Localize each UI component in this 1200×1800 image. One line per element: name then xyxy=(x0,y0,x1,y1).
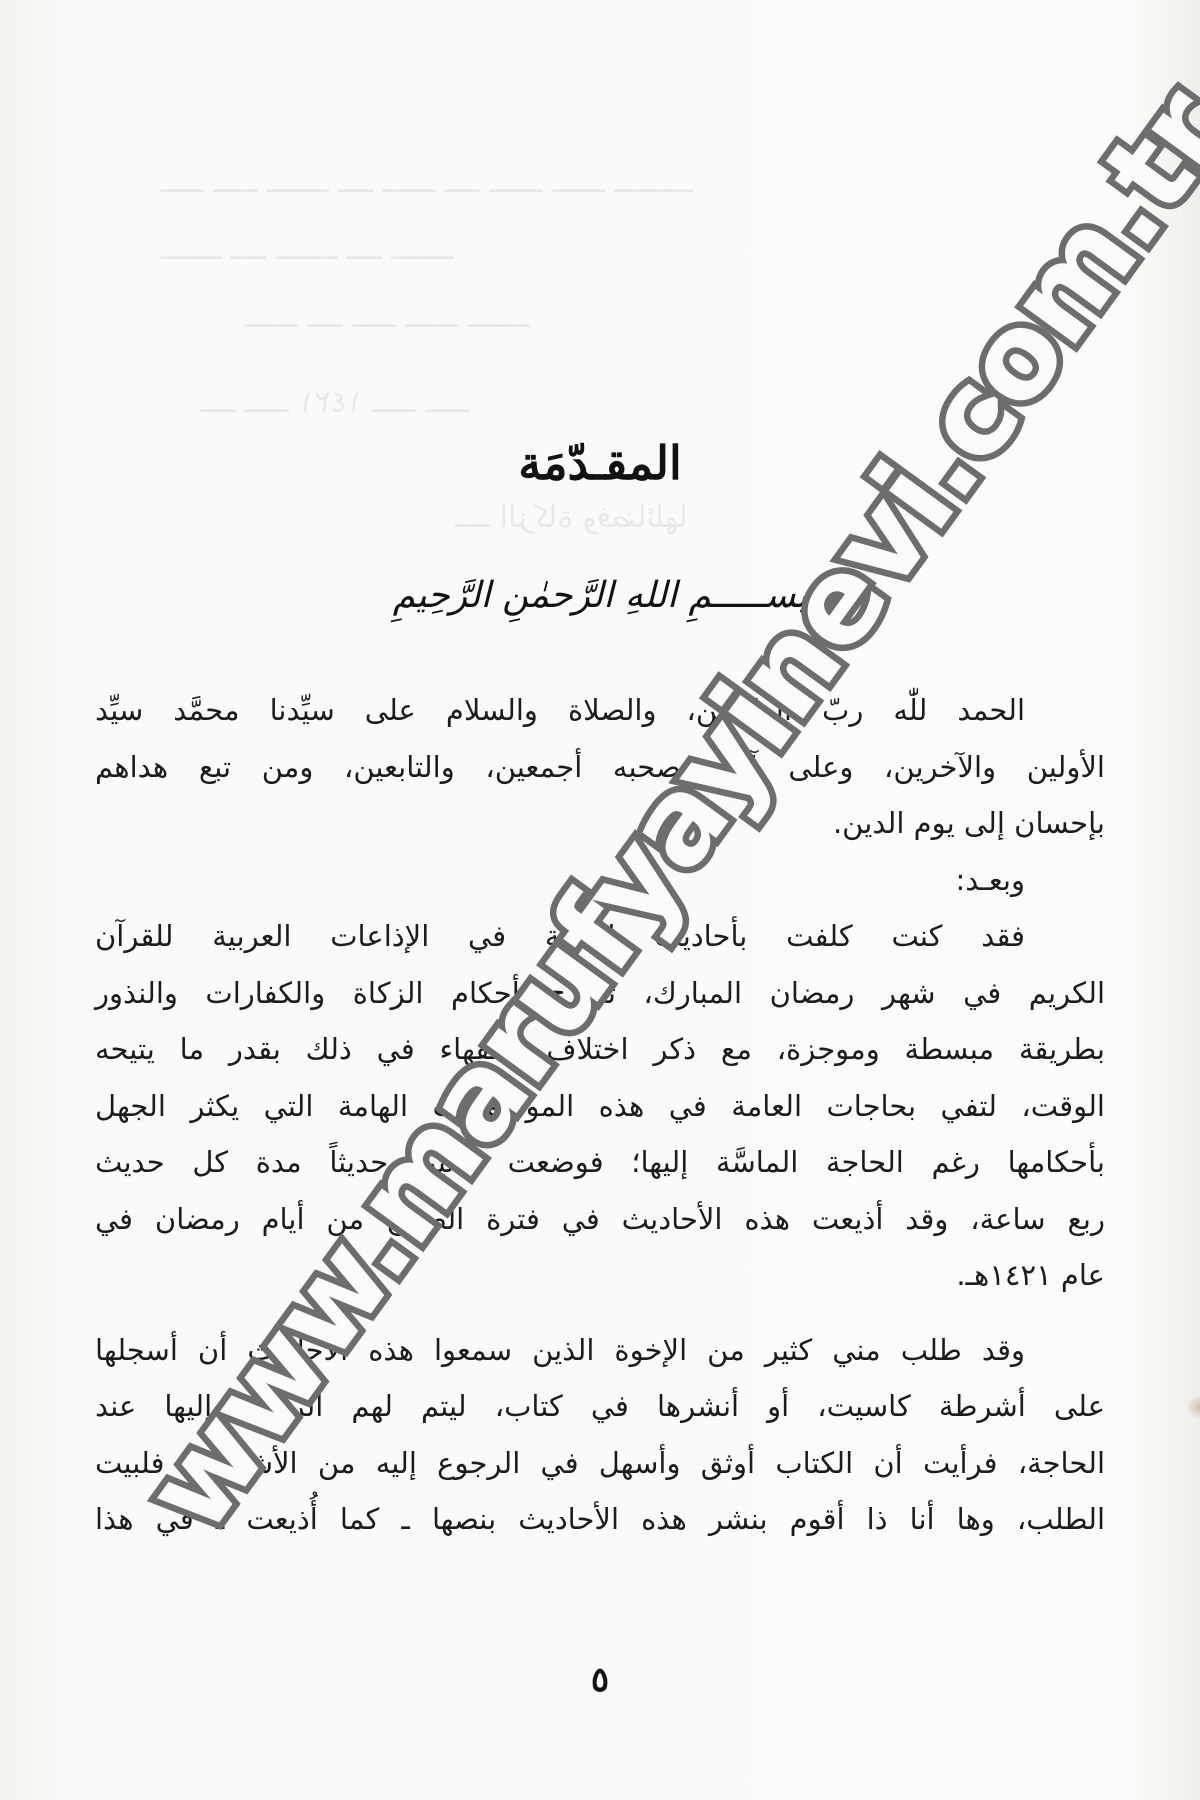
bleed-through-text: ــــ الزكاة وفضائلها xyxy=(455,500,688,535)
text-line: الكريم في شهر رمضان المبارك، تشرح أحكام … xyxy=(95,965,1105,1022)
text-line: بإحسان إلى يوم الدين. xyxy=(95,795,1105,852)
paragraph: وقد طلب مني كثير من الإخوة الذين سمعوا ه… xyxy=(95,1322,1105,1548)
text-line: الحاجة، فرأيت أن الكتاب أوثق وأسهل في ال… xyxy=(95,1435,1105,1492)
bleed-through-text: ـــــ ـــــ ـــــــ ــــ ــــــ ــــ ـــ… xyxy=(160,165,693,200)
page-edge-mark xyxy=(1186,1395,1200,1419)
text-line: وبعـد: xyxy=(95,852,1105,909)
text-line: وقد طلب مني كثير من الإخوة الذين سمعوا ه… xyxy=(95,1322,1105,1379)
text-line: على أشرطة كاسيت، أو أنشرها في كتاب، ليتم… xyxy=(95,1378,1105,1435)
bleed-through-text: ـــــــ ــــ ـــــــ ــــ ـــــــ xyxy=(160,232,453,267)
paragraph: الحمد للّٰه ربّ العالمين، والصلاة والسلا… xyxy=(95,682,1105,852)
text-line: ربع ساعة، وقد أذيعت هذه الأحاديث في فترة… xyxy=(95,1191,1105,1248)
page-number: ٥ xyxy=(0,1660,1200,1700)
text-line: فقد كنت كلفت بأحاديث إذاعية في الإذاعات … xyxy=(95,908,1105,965)
text-line: بطريقة مبسطة وموجزة، مع ذكر اختلاف الفقه… xyxy=(95,1021,1105,1078)
body-text: الحمد للّٰه ربّ العالمين، والصلاة والسلا… xyxy=(95,682,1105,1548)
paragraph: فقد كنت كلفت بأحاديث إذاعية في الإذاعات … xyxy=(95,908,1105,1304)
text-line: الطلب، وها أنا ذا أقوم بنشر هذه الأحاديث… xyxy=(95,1491,1105,1548)
text-line: الأولين والآخرين، وعلى آله وصحبه أجمعين،… xyxy=(95,739,1105,796)
basmala-calligraphy: بســـــمِ اللهِ الرَّحمٰنِ الرَّحِيمِ xyxy=(0,575,1200,616)
text-line: الحمد للّٰه ربّ العالمين، والصلاة والسلا… xyxy=(95,682,1105,739)
paragraph: وبعـد: xyxy=(95,852,1105,909)
text-line: عام ١٤٢١هـ. xyxy=(95,1247,1105,1304)
text-line: الوقت، لتفي بحاجات العامة في هذه الموضوع… xyxy=(95,1078,1105,1135)
book-page: ـــــ ـــــ ـــــــ ــــ ــــــ ــــ ـــ… xyxy=(0,0,1200,1800)
page-title: المقـدّمَة xyxy=(0,436,1200,490)
bleed-through-text: ــــ ـــــ ١٤٢١ ـــــ ـــــ xyxy=(200,385,470,420)
bleed-through-text: ــــــ ــــ ـــــ ــــــ ـــــــ xyxy=(245,300,529,335)
text-line: بأحكامها رغم الحاجة الماسَّة إليها؛ فوضع… xyxy=(95,1134,1105,1191)
